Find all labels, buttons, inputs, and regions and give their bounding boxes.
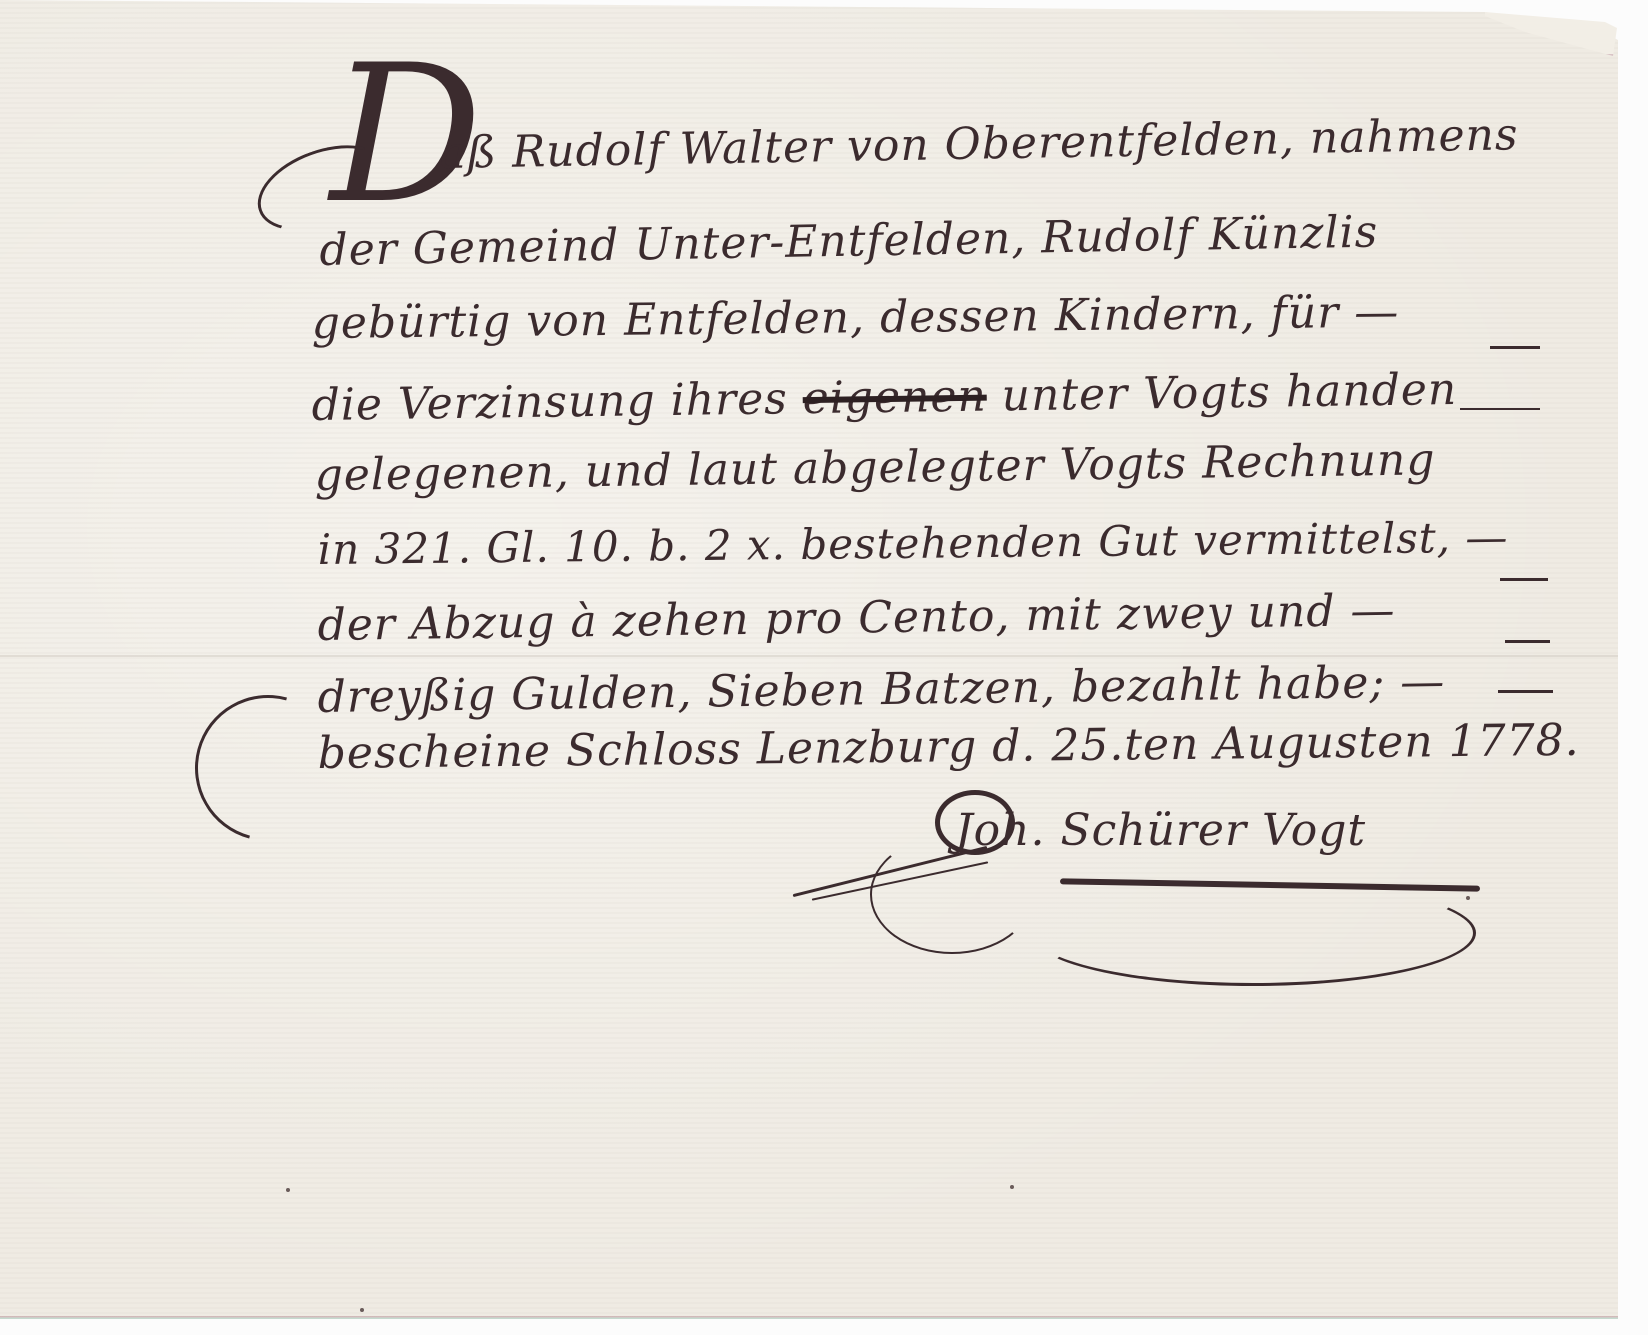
signature-text: Joh. Schürer Vogt: [955, 805, 1366, 856]
signature-paraph-loop-right: [1030, 880, 1476, 986]
line-end-dash: [1460, 408, 1540, 410]
paper-speck: [286, 1188, 290, 1192]
paper-bottom-edge: [0, 1316, 1618, 1319]
line-text-before: die Verzinsung ihres: [311, 373, 803, 431]
signature: Joh. Schürer Vogt: [955, 805, 1366, 856]
line-end-dash: [1505, 640, 1550, 643]
paper-speck: [1466, 896, 1470, 900]
signature-paraph-loop-left: [870, 835, 1034, 954]
line-text-after: unter Vogts handen: [986, 364, 1457, 422]
paper-speck: [360, 1308, 364, 1312]
line-end-dash: [1498, 690, 1553, 693]
struck-out-word: eigenen: [802, 371, 987, 425]
paper-speck: [1010, 1185, 1014, 1189]
line-end-dash: [1500, 578, 1548, 581]
line-end-dash: [1490, 346, 1540, 349]
